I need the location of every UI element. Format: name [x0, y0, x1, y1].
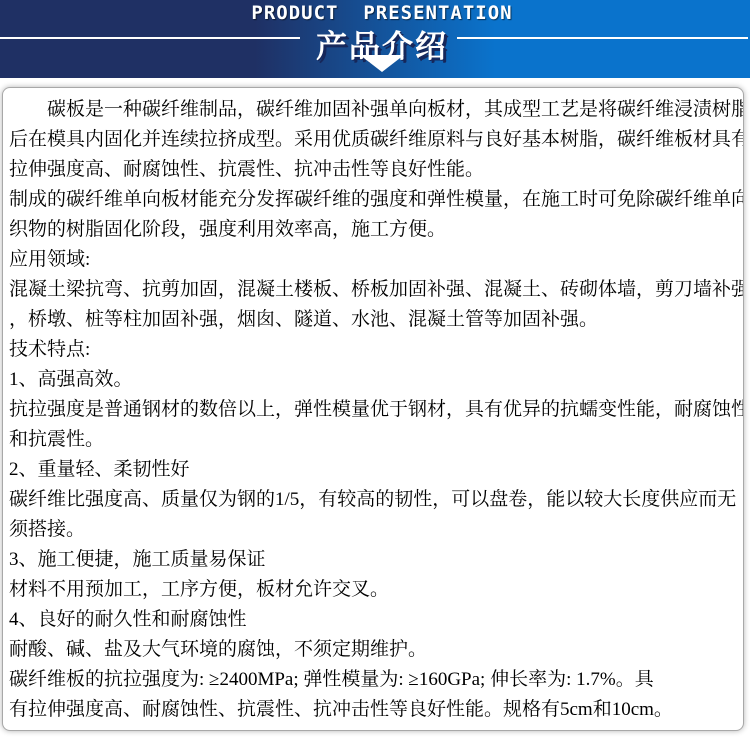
text-line: 制成的碳纤维单向板材能充分发挥碳纤维的强度和弹性模量，在施工时可免除碳纤维单向: [9, 185, 739, 215]
text-line: 3、施工便捷，施工质量易保证: [9, 545, 739, 575]
text-line: ，桥墩、桩等柱加固补强，烟囱、隧道、水池、混凝土管等加固补强。: [9, 305, 739, 335]
text-line: 碳板是一种碳纤维制品，碳纤维加固补强单向板材，其成型工艺是将碳纤维浸渍树脂: [9, 95, 739, 125]
text-line: 应用领域:: [9, 245, 739, 275]
text-line: 材料不用预加工，工序方便，板材允许交叉。: [9, 575, 739, 605]
text-line: 有拉伸强度高、耐腐蚀性、抗震性、抗冲击性等良好性能。规格有5cm和10cm。: [9, 695, 739, 725]
text-line: 拉伸强度高、耐腐蚀性、抗震性、抗冲击性等良好性能。: [9, 155, 739, 185]
description-text: 碳板是一种碳纤维制品，碳纤维加固补强单向板材，其成型工艺是将碳纤维浸渍树脂后在模…: [3, 88, 743, 725]
text-line: 技术特点:: [9, 335, 739, 365]
text-line: 2、重量轻、柔韧性好: [9, 455, 739, 485]
triangle-down-icon: [360, 55, 404, 72]
text-line: 碳纤维板的抗拉强度为: ≥2400MPa; 弹性模量为: ≥160GPa; 伸长…: [9, 665, 739, 695]
text-line: 4、良好的耐久性和耐腐蚀性: [9, 605, 739, 635]
description-panel: 碳板是一种碳纤维制品，碳纤维加固补强单向板材，其成型工艺是将碳纤维浸渍树脂后在模…: [2, 87, 744, 731]
text-line: 后在模具内固化并连续拉挤成型。采用优质碳纤维原料与良好基本树脂，碳纤维板材具有: [9, 125, 739, 155]
text-line: 抗拉强度是普通钢材的数倍以上，弹性模量优于钢材，具有优异的抗蠕变性能，耐腐蚀性: [9, 395, 739, 425]
header-banner: PRODUCT PRESENTATION 产品介绍: [0, 0, 750, 78]
text-line: 混凝土梁抗弯、抗剪加固，混凝土楼板、桥板加固补强、混凝土、砖砌体墙，剪刀墙补强: [9, 275, 739, 305]
text-line: 和抗震性。: [9, 425, 739, 455]
text-line: 1、高强高效。: [9, 365, 739, 395]
text-line: 耐酸、碱、盐及大气环境的腐蚀，不须定期维护。: [9, 635, 739, 665]
text-line: 须搭接。: [9, 515, 739, 545]
text-line: 织物的树脂固化阶段，强度利用效率高，施工方便。: [9, 215, 739, 245]
text-line: 碳纤维比强度高、质量仅为钢的1/5，有较高的韧性，可以盘卷，能以较大长度供应而无: [9, 485, 739, 515]
product-presentation-page: PRODUCT PRESENTATION 产品介绍 碳板是一种碳纤维制品，碳纤维…: [0, 0, 750, 738]
